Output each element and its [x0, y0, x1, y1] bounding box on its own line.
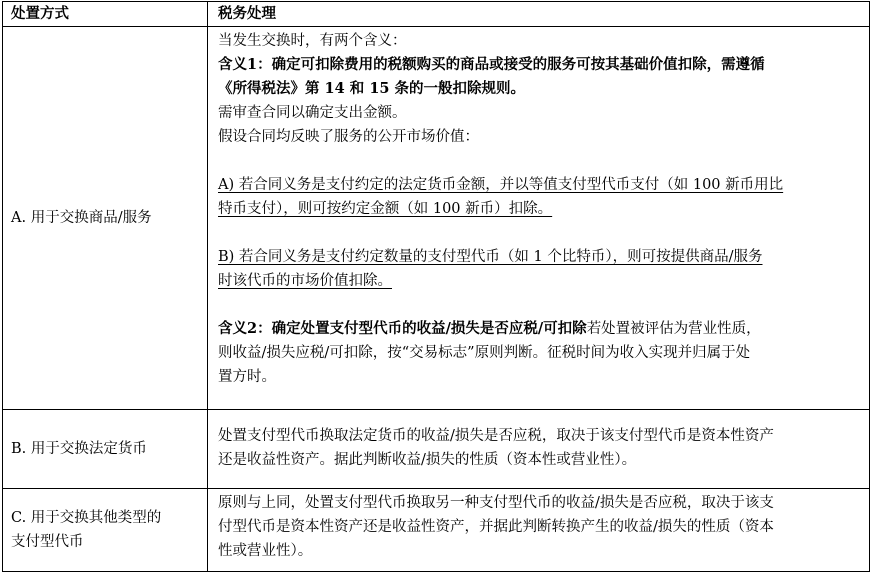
table-row: A. 用于交换商品/服务 当发生交换时，有两个含义： 含义1：确定可扣除费用的税…: [3, 27, 870, 410]
header-method: 处置方式: [3, 2, 208, 27]
table-row: C. 用于交换其他类型的 支付型代币 原则与上同，处置支付型代币换取另一种支付型…: [3, 489, 870, 572]
spacer: [218, 221, 863, 245]
assume-text: 假设合同均反映了服务的公开市场价值：: [218, 125, 863, 149]
meaning2-rest: 若处置被评估为营业性质，: [587, 321, 761, 337]
treatment-c-line2: 付型代币是资本性资产还是收益性资产，并据此判断转换产生的收益/损失的性质（资本: [218, 515, 863, 539]
method-cell-c: C. 用于交换其他类型的 支付型代币: [3, 489, 208, 572]
treatment-b-line2: 还是收益性资产。据此判断收益/损失的性质（资本性或营业性）。: [218, 448, 863, 472]
meaning1-line1: 含义1：确定可扣除费用的税额购买的商品或接受的服务可按其基础价值扣除，需遵循: [218, 53, 863, 77]
method-cell-b: B. 用于交换法定货币: [3, 410, 208, 489]
header-tax-treatment-label: 税务处理: [218, 2, 863, 26]
treatment-cell-c: 原则与上同，处置支付型代币换取另一种支付型代币的收益/损失是否应税，取决于该支 …: [208, 489, 870, 572]
method-c-line2: 支付型代币: [11, 530, 207, 554]
treatment-c-line3: 性或营业性）。: [218, 539, 863, 563]
spacer: [218, 293, 863, 317]
method-b-label: B. 用于交换法定货币: [11, 441, 147, 457]
spacer: [218, 149, 863, 173]
table-row: B. 用于交换法定货币 处置支付型代币换取法定货币的收益/损失是否应税，取决于该…: [3, 410, 870, 489]
method-a-label: A. 用于交换商品/服务: [11, 210, 152, 226]
header-method-label: 处置方式: [11, 2, 207, 26]
case-b-line2: 时该代币的市场价值扣除。: [218, 273, 392, 289]
treatment-cell-a: 当发生交换时，有两个含义： 含义1：确定可扣除费用的税额购买的商品或接受的服务可…: [208, 27, 870, 410]
meaning1-line2: 《所得税法》第 14 和 15 条的一般扣除规则。: [218, 77, 863, 101]
meaning2-bold: 含义2：确定处置支付型代币的收益/损失是否应税/可扣除: [218, 320, 587, 337]
tax-treatment-table: 处置方式 税务处理 A. 用于交换商品/服务 当发生交换时，有两个含义： 含义1…: [2, 1, 870, 572]
header-tax-treatment: 税务处理: [208, 2, 870, 27]
method-cell-a: A. 用于交换商品/服务: [3, 27, 208, 410]
treatment-cell-b: 处置支付型代币换取法定货币的收益/损失是否应税，取决于该支付型代币是资本性资产 …: [208, 410, 870, 489]
case-b-line1: B) 若合同义务是支付约定数量的支付型代币（如 1 个比特币），则可按提供商品/…: [218, 249, 763, 265]
case-a-line2: 特币支付），则可按约定金额（如 100 新币）扣除。: [218, 201, 552, 217]
meaning2-line3: 置方时。: [218, 365, 863, 389]
meaning2-line2: 则收益/损失应税/可扣除，按“交易标志”原则判断。征税时间为收入实现并归属于处: [218, 341, 863, 365]
intro-text: 当发生交换时，有两个含义：: [218, 29, 863, 53]
table-header-row: 处置方式 税务处理: [3, 2, 870, 27]
review-text: 需审查合同以确定支出金额。: [218, 101, 863, 125]
treatment-c-line1: 原则与上同，处置支付型代币换取另一种支付型代币的收益/损失是否应税，取决于该支: [218, 491, 863, 515]
case-a-line1: A) 若合同义务是支付约定的法定货币金额，并以等值支付型代币支付（如 100 新…: [218, 177, 783, 193]
treatment-b-line1: 处置支付型代币换取法定货币的收益/损失是否应税，取决于该支付型代币是资本性资产: [218, 424, 863, 448]
method-c-line1: C. 用于交换其他类型的: [11, 506, 207, 530]
